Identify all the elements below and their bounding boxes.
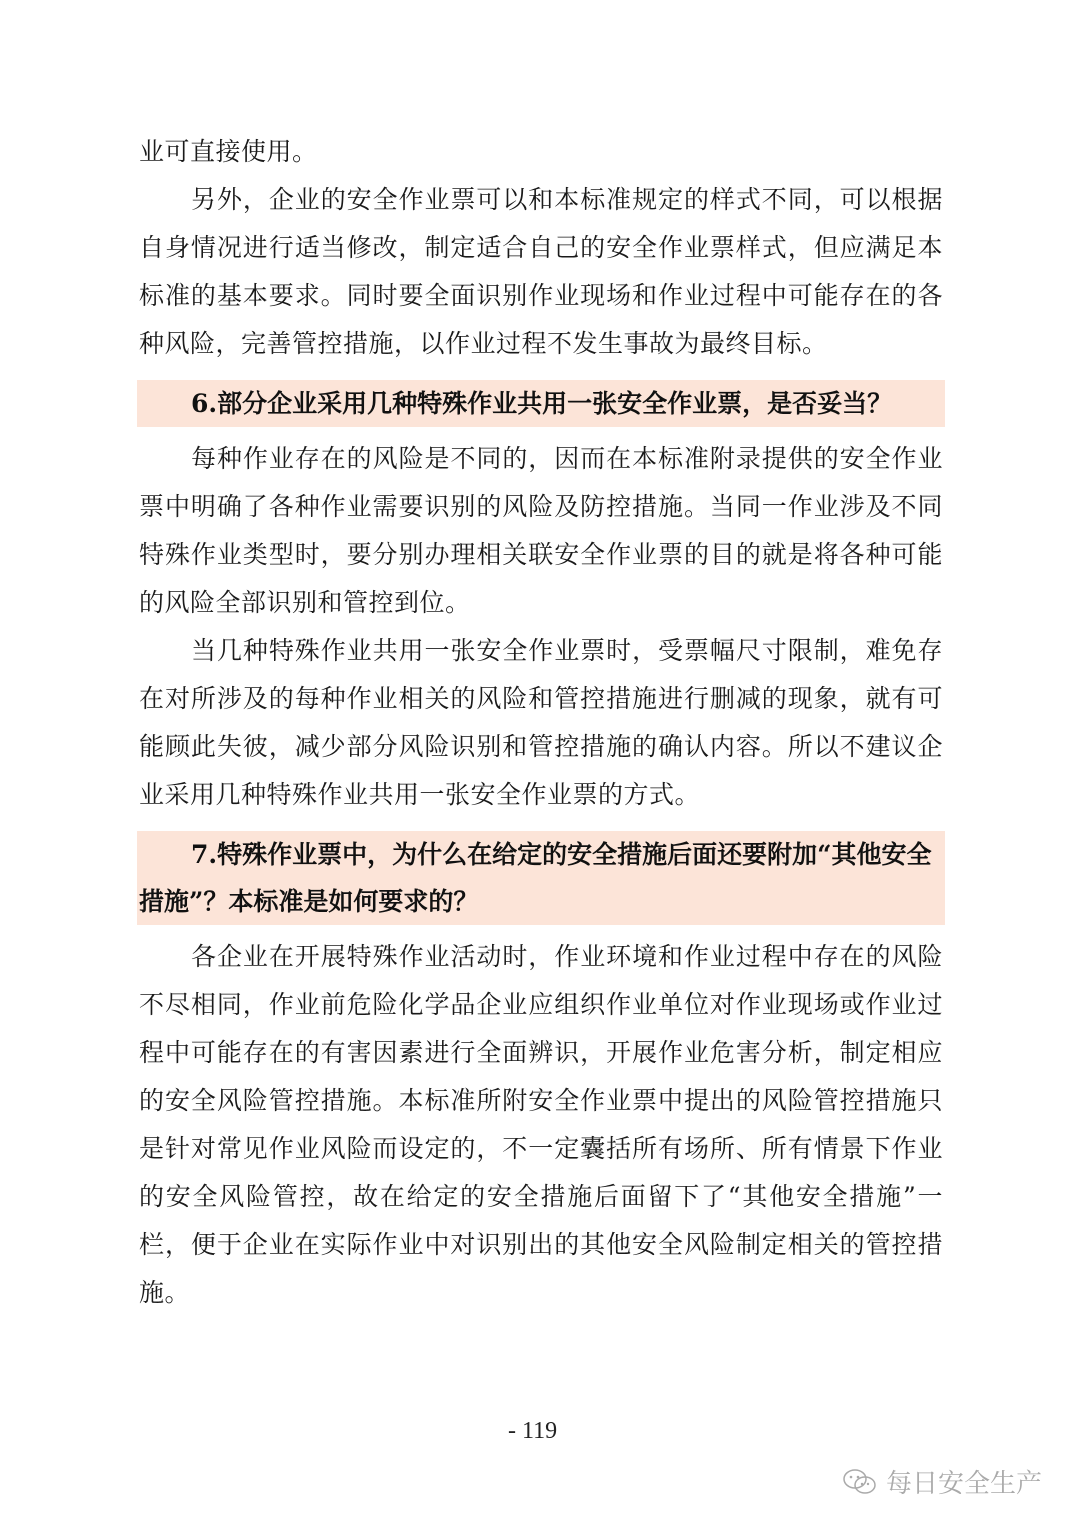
- section-heading-7: 7.特殊作业票中，为什么在给定的安全措施后面还要附加“其他安全措施”？本标准是如…: [137, 831, 945, 925]
- page-number: - 119: [508, 1418, 557, 1445]
- paragraph: 各企业在开展特殊作业活动时，作业环境和作业过程中存在的风险不尽相同，作业前危险化…: [139, 933, 943, 1317]
- paragraph: 当几种特殊作业共用一张安全作业票时，受票幅尺寸限制，难免存在对所涉及的每种作业相…: [139, 627, 943, 819]
- section-heading-6: 6.部分企业采用几种特殊作业共用一张安全作业票，是否妥当？: [137, 380, 945, 427]
- watermark-text: 每日安全生产: [886, 1463, 1042, 1500]
- paragraph: 另外，企业的安全作业票可以和本标准规定的样式不同，可以根据自身情况进行适当修改，…: [139, 176, 943, 368]
- document-page: 业可直接使用。 另外，企业的安全作业票可以和本标准规定的样式不同，可以根据自身情…: [139, 128, 943, 1317]
- paragraph: 每种作业存在的风险是不同的，因而在本标准附录提供的安全作业票中明确了各种作业需要…: [139, 435, 943, 627]
- watermark: 每日安全生产: [842, 1463, 1042, 1500]
- continuation-text: 业可直接使用。: [139, 128, 943, 176]
- wechat-icon: [842, 1467, 878, 1497]
